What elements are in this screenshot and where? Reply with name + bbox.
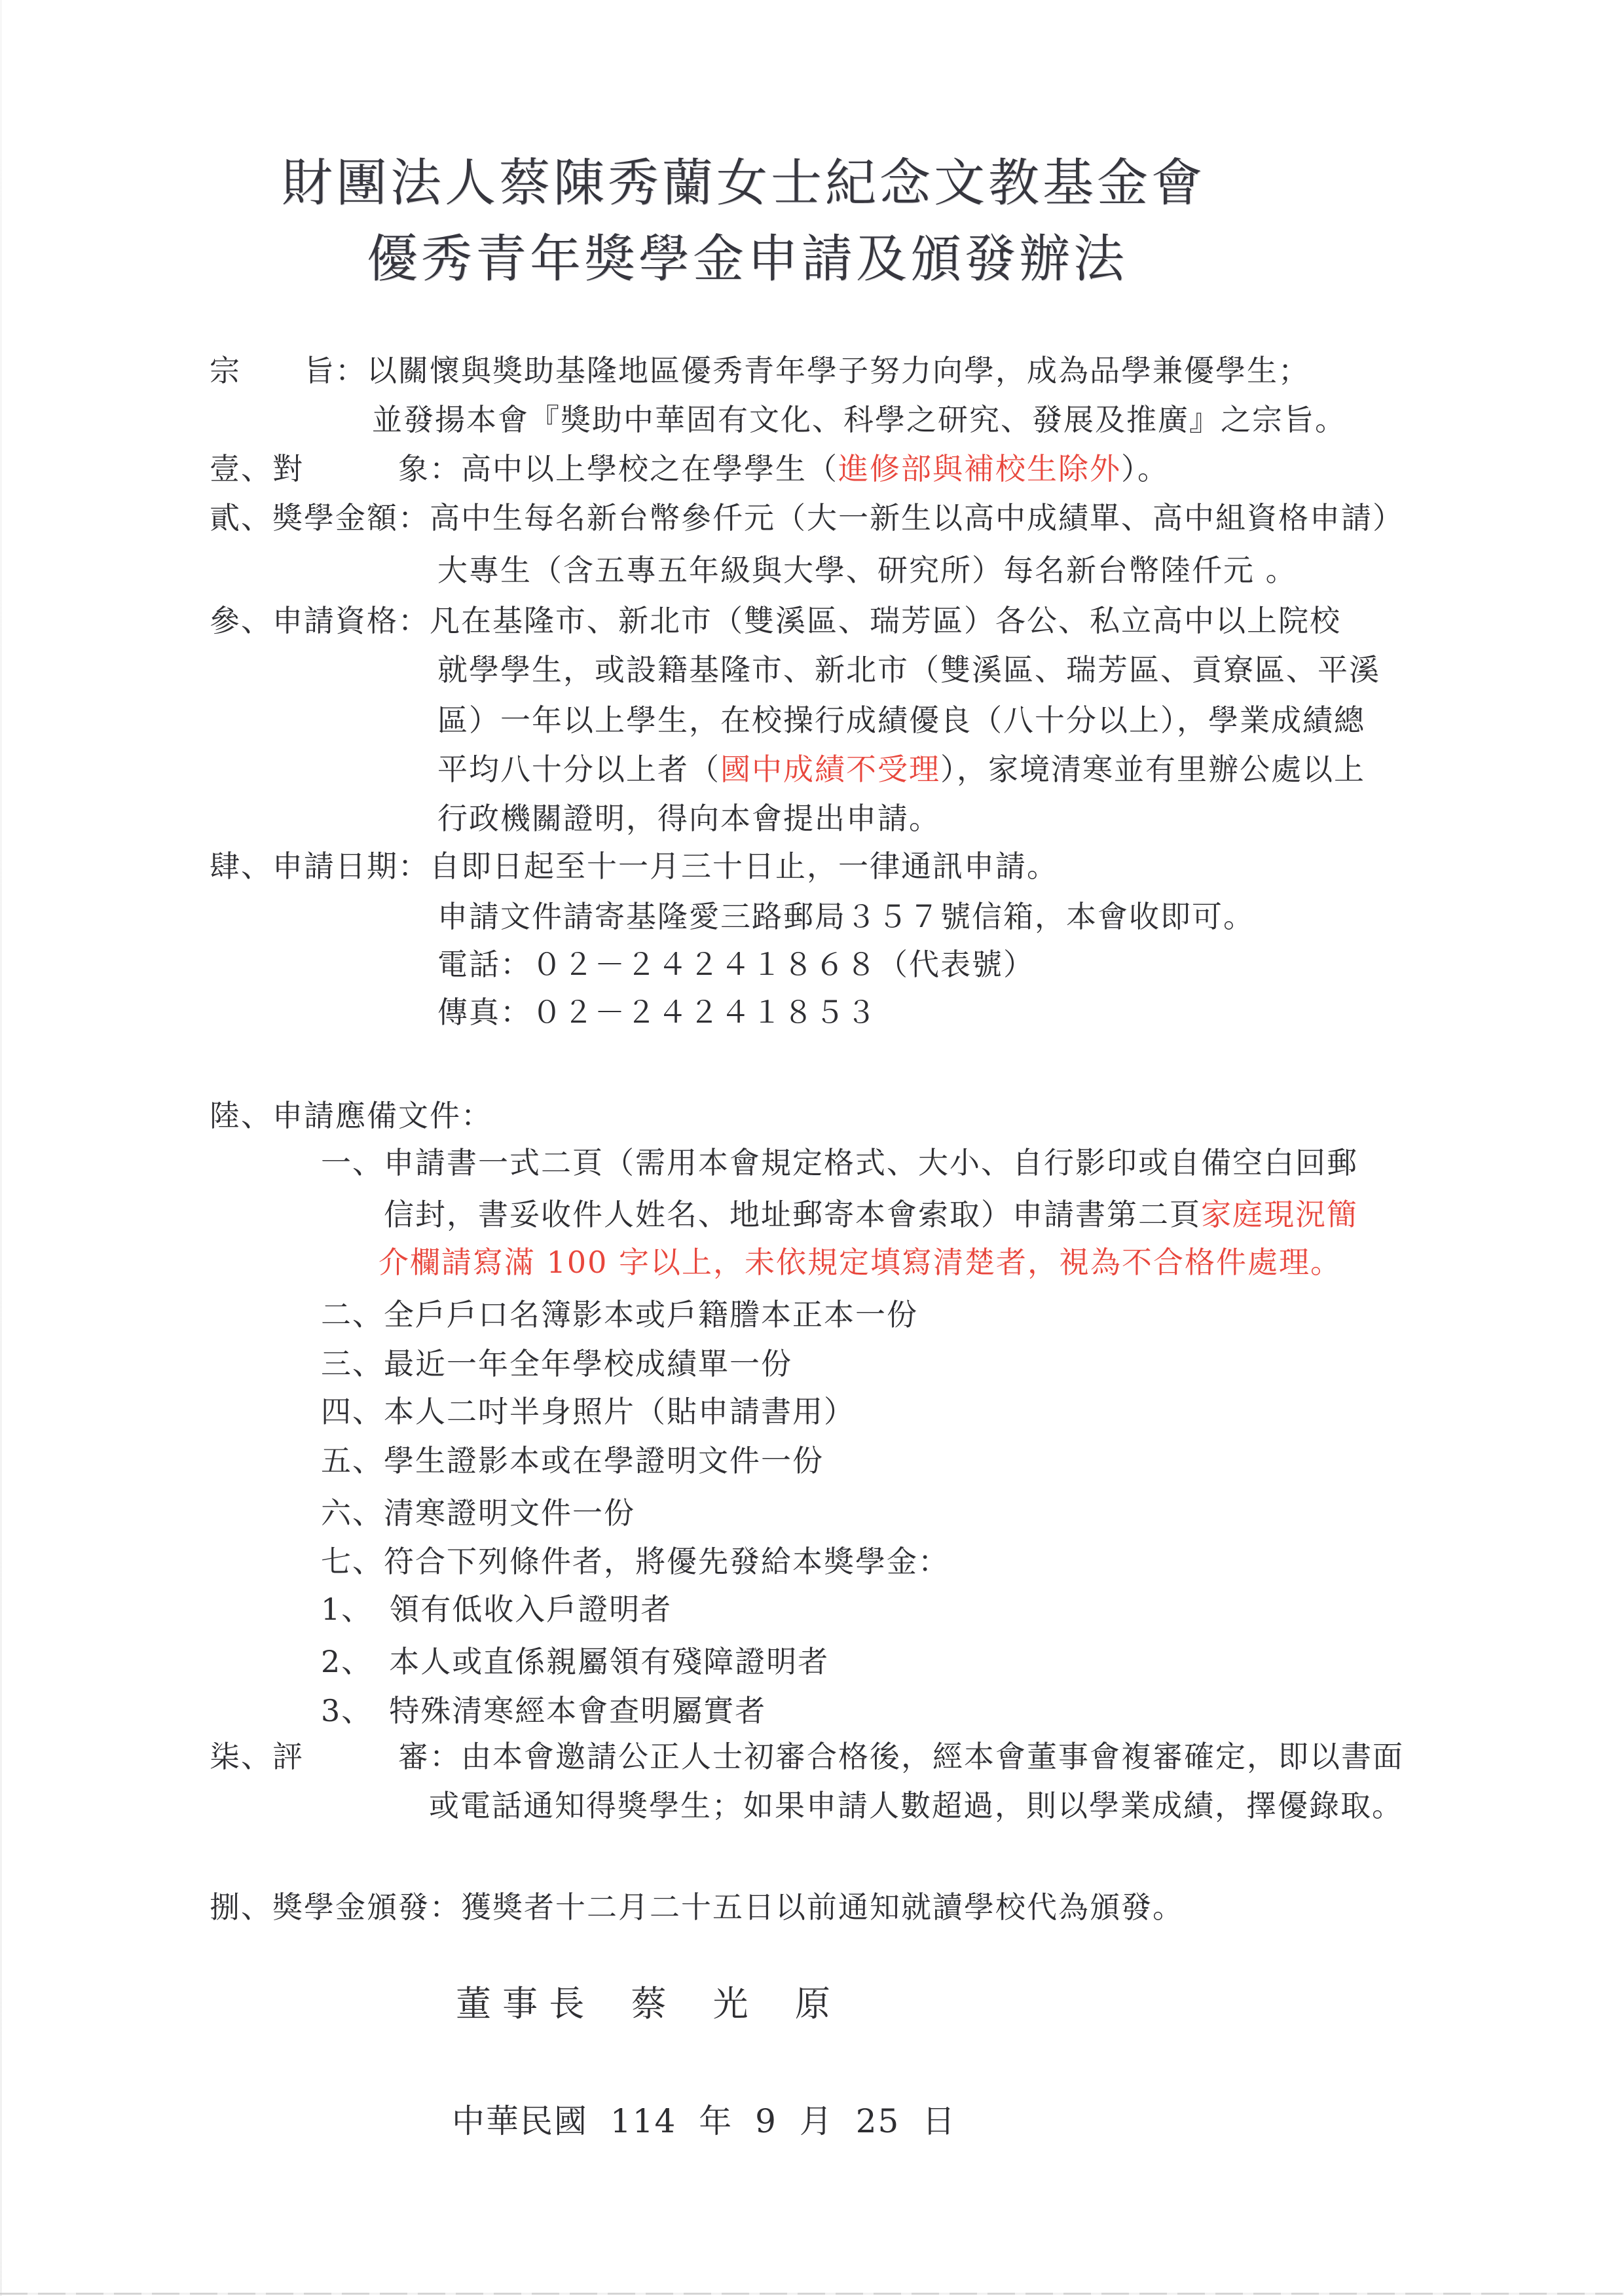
section-2-amount-line-2: 大專生（含五專五年級與大學、研究所）每名新台幣陸仟元 。 — [437, 553, 1297, 588]
title-line-1: 財團法人蔡陳秀蘭女士紀念文教基金會 — [282, 155, 1206, 213]
phone-number-line: 電話：０２－２４２４１８６８（代表號） — [437, 947, 1035, 982]
document-item-5: 五、學生證影本或在學證明文件一份 — [321, 1444, 824, 1478]
item-1-text: 信封，書妥收件人姓名、地址郵寄本會索取）申請書第二頁 — [384, 1197, 1201, 1232]
document-item-1-line-1: 一、申請書一式二頁（需用本會規定格式、大小、自行影印或自備空白回郵 — [321, 1146, 1358, 1180]
document-item-6: 六、清寒證明文件一份 — [321, 1496, 635, 1531]
document-item-1-red-note: 介欄請寫滿 100 字以上，未依規定填寫清楚者，視為不合格件處理。 — [378, 1245, 1342, 1280]
section-3-red-note: 國中成績不受理 — [720, 752, 940, 787]
priority-condition-1: 1、 領有低收入戶證明者 — [321, 1592, 672, 1627]
document-item-3: 三、最近一年全年學校成績單一份 — [321, 1347, 792, 1381]
fax-number-line: 傳真：０２－２４２４１８５３ — [437, 995, 877, 1030]
section-1-text-end: ）。 — [1121, 451, 1169, 486]
priority-condition-2: 2、 本人或直係親屬領有殘障證明者 — [321, 1645, 829, 1679]
section-6-documents-heading: 陸、申請應備文件： — [210, 1099, 492, 1133]
section-1-target: 壹、對 象：高中以上學校之在學學生（進修部與補校生除外）。 — [210, 452, 1169, 486]
section-3-eligibility-line-5: 行政機關證明，得向本會提出申請。 — [437, 801, 940, 836]
section-1-text: 壹、對 象：高中以上學校之在學學生（ — [210, 451, 838, 486]
title-line-2: 優秀青年獎學金申請及頒發辦法 — [367, 230, 1128, 289]
purpose-line-1: 宗 旨：以關懷與獎助基隆地區優秀青年學子努力向學，成為品學兼優學生； — [210, 354, 1310, 388]
section-3-eligibility-line-2: 就學學生，或設籍基隆市、新北市（雙溪區、瑞芳區、貢寮區、平溪 — [437, 653, 1380, 687]
scan-left-edge-artifact — [0, 0, 2, 2296]
scanned-document-page: 財團法人蔡陳秀蘭女士紀念文教基金會 優秀青年獎學金申請及頒發辦法 宗 旨：以關懷… — [0, 0, 1624, 2296]
purpose-line-2: 並發揚本會『獎助中華固有文化、科學之研究、發展及推廣』之宗旨。 — [372, 403, 1346, 437]
document-item-7: 七、符合下列條件者，將優先發給本獎學金： — [321, 1544, 950, 1579]
section-8-award-line: 捌、獎學金頒發：獲獎者十二月二十五日以前通知就讀學校代為頒發。 — [210, 1890, 1184, 1925]
section-7-review-line-1: 柒、評 審：由本會邀請公正人士初審合格後，經本會董事會複審確定，即以書面 — [210, 1740, 1404, 1774]
document-date: 中華民國 114 年 9 月 25 日 — [452, 2103, 956, 2141]
section-4-mailing-address: 申請文件請寄基隆愛三路郵局３５７號信箱，本會收即可。 — [437, 900, 1255, 934]
section-2-amount-line-1: 貳、獎學金額：高中生每名新台幣參仟元（大一新生以高中成績單、高中組資格申請） — [210, 501, 1404, 536]
document-item-1-line-2: 信封，書妥收件人姓名、地址郵寄本會索取）申請書第二頁家庭現況簡 — [384, 1197, 1358, 1232]
priority-condition-3: 3、 特殊清寒經本會查明屬實者 — [321, 1694, 766, 1728]
section-3-text: 平均八十分以上者（ — [437, 752, 720, 787]
chairman-signature: 董 事 長 蔡 光 原 — [456, 1984, 830, 2024]
document-item-4: 四、本人二吋半身照片（貼申請書用） — [321, 1394, 855, 1429]
section-3-text-end: ），家境清寒並有里辦公處以上 — [940, 752, 1365, 787]
scan-bottom-edge-artifact — [0, 2293, 1624, 2295]
section-3-eligibility-line-3: 區）一年以上學生，在校操行成績優良（八十分以上），學業成績總 — [437, 703, 1365, 738]
section-7-review-line-2: 或電話通知得獎學生；如果申請人數超過，則以學業成績，擇優錄取。 — [429, 1789, 1403, 1823]
section-3-eligibility-line-1: 參、申請資格：凡在基隆市、新北市（雙溪區、瑞芳區）各公、私立高中以上院校 — [210, 604, 1341, 638]
section-4-dates-line-1: 肆、申請日期：自即日起至十一月三十日止，一律通訊申請。 — [210, 849, 1058, 884]
section-3-eligibility-line-4: 平均八十分以上者（國中成績不受理），家境清寒並有里辦公處以上 — [437, 752, 1365, 787]
item-1-red-note-start: 家庭現況簡 — [1201, 1197, 1358, 1232]
document-item-2: 二、全戶戶口名簿影本或戶籍謄本正本一份 — [321, 1298, 918, 1332]
section-1-red-note: 進修部與補校生除外 — [838, 451, 1121, 486]
